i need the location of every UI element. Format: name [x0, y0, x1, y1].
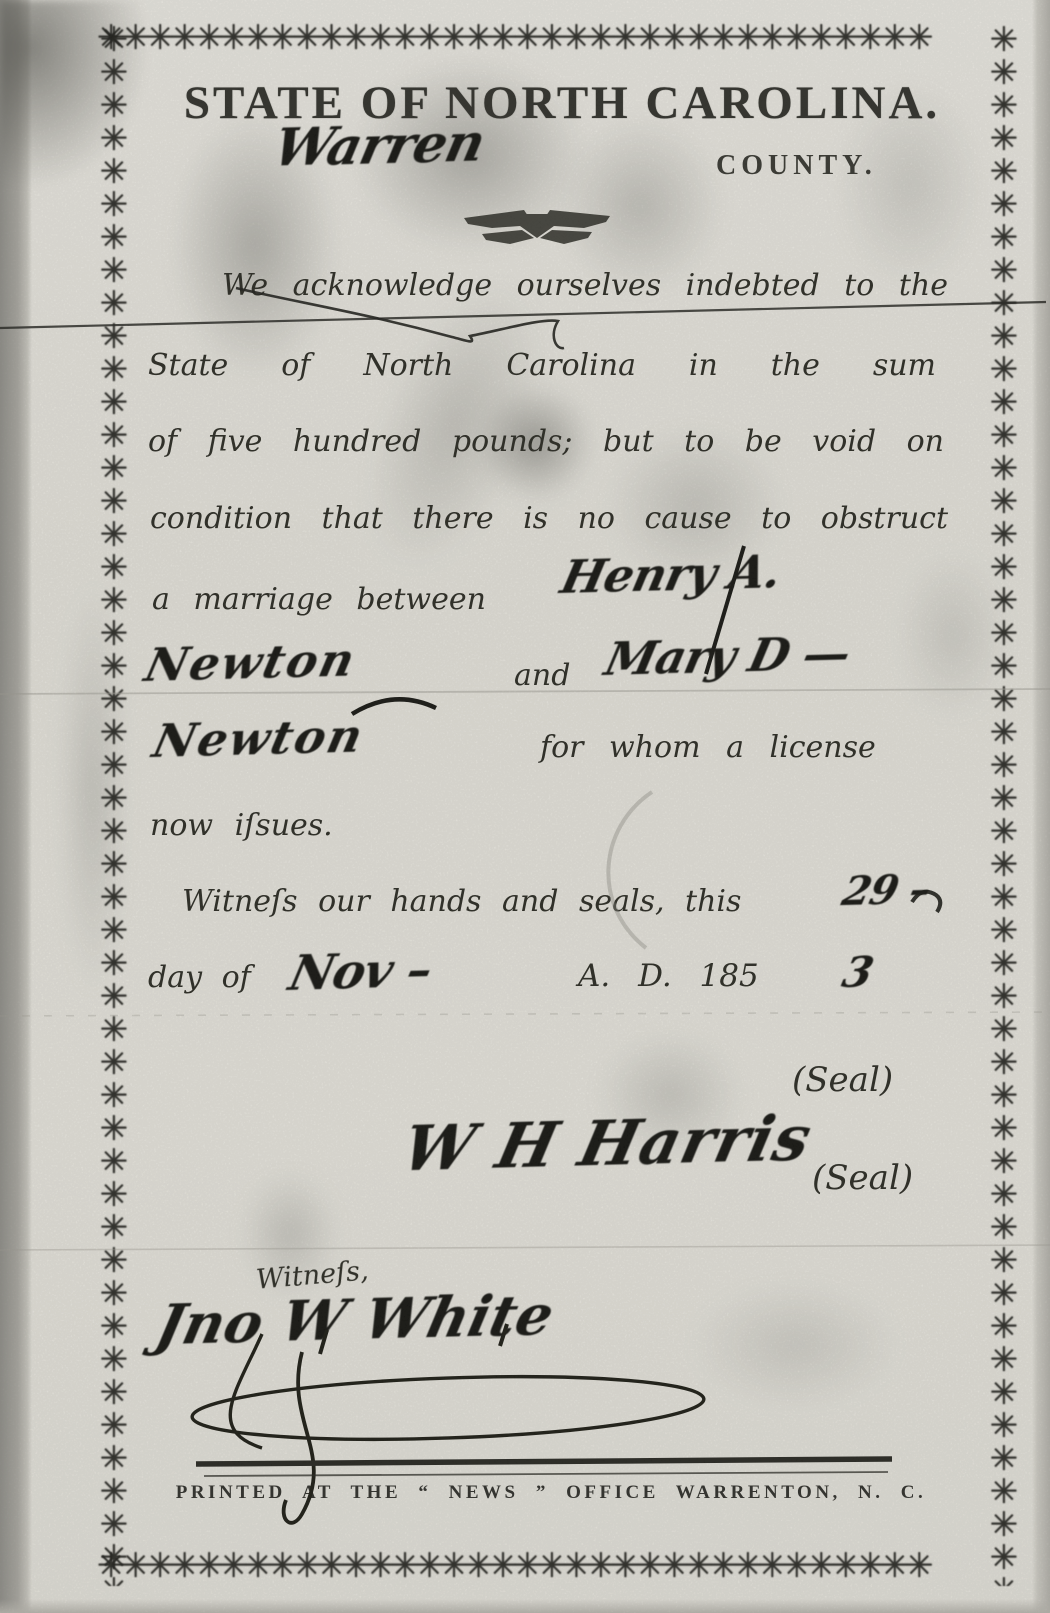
- body-line-7: for whom a license: [540, 730, 876, 765]
- day-handwritten: 29 –: [838, 866, 935, 915]
- year-digit-handwritten: 3: [838, 947, 877, 997]
- body-line-8: now iſsues.: [150, 808, 333, 843]
- body-line-5: a marriage between: [152, 582, 486, 617]
- county-label: COUNTY.: [716, 150, 877, 182]
- printer-imprint: PRINTED AT THE “ NEWS ” OFFICE WARRENTON…: [155, 1482, 947, 1504]
- bride-surname-handwritten: Newton: [148, 709, 370, 768]
- county-name-handwritten: Warren: [268, 113, 490, 179]
- body-line-3: of five hundred pounds; but to be void o…: [148, 424, 944, 459]
- groom-surname-handwritten: Newton: [140, 633, 362, 692]
- body-line-6: and: [514, 658, 570, 693]
- marriage-bond-document: ✳✳✳✳✳✳✳✳✳✳✳✳✳✳✳✳✳✳✳✳✳✳✳✳✳✳✳✳✳✳✳✳✳✳ ✳✳✳✳✳…: [0, 0, 1050, 1613]
- seal-label-2: (Seal): [812, 1158, 913, 1198]
- scan-edge-right: [1032, 0, 1050, 1613]
- principal-signature: W H Harris: [396, 1101, 819, 1185]
- month-handwritten: Nov –: [284, 942, 437, 1002]
- seal-label-1: (Seal): [792, 1060, 893, 1100]
- body-line-9: Witneſs our hands and seals, this: [182, 884, 741, 919]
- body-line-10-dayof: day of: [148, 960, 251, 995]
- border-ornament-top: ✳✳✳✳✳✳✳✳✳✳✳✳✳✳✳✳✳✳✳✳✳✳✳✳✳✳✳✳✳✳✳✳✳✳: [97, 18, 1031, 60]
- fleuron-ornament: [462, 204, 612, 250]
- body-line-10-year: A. D. 185: [578, 958, 759, 994]
- border-ornament-bottom: ✳✳✳✳✳✳✳✳✳✳✳✳✳✳✳✳✳✳✳✳✳✳✳✳✳✳✳✳✳✳✳✳✳✳: [97, 1546, 1031, 1588]
- body-line-1: We acknowledge ourselves indebted to the: [222, 268, 948, 303]
- witness-signature: Jno W White: [150, 1282, 560, 1358]
- border-ornament-left: ✳✳✳✳✳✳✳✳✳✳✳✳✳✳✳✳✳✳✳✳✳✳✳✳✳✳✳✳✳✳✳✳✳✳✳✳✳✳✳✳…: [92, 20, 134, 1586]
- bride-name-handwritten: Mary D —: [600, 626, 855, 686]
- scan-edge-bottom: [0, 1599, 1050, 1613]
- body-line-4: condition that there is no cause to obst…: [150, 501, 948, 536]
- stain: [690, 1280, 900, 1410]
- scan-edge-left: [0, 0, 32, 1613]
- body-line-2: State of North Carolina in the sum: [148, 348, 936, 383]
- groom-name-handwritten: Henry A.: [556, 544, 786, 604]
- border-ornament-right: ✳✳✳✳✳✳✳✳✳✳✳✳✳✳✳✳✳✳✳✳✳✳✳✳✳✳✳✳✳✳✳✳✳✳✳✳✳✳✳✳…: [982, 20, 1024, 1586]
